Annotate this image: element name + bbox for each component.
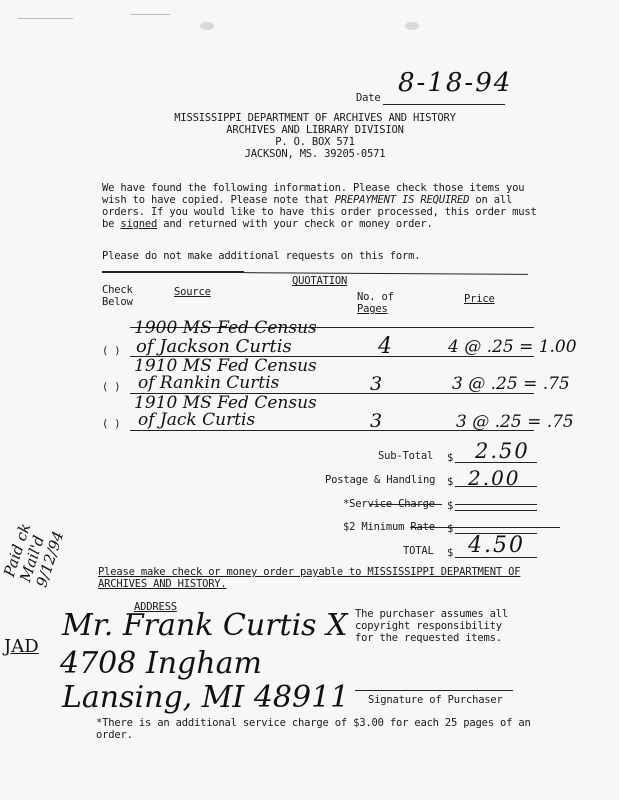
- address-line2: 4708 Ingham: [60, 646, 262, 681]
- service-charge-currency: $: [447, 500, 453, 512]
- no-additional-requests-notice: Please do not make additional requests o…: [102, 250, 420, 262]
- letterhead-department: MISSISSIPPI DEPARTMENT OF ARCHIVES AND H…: [150, 112, 480, 124]
- scan-artifact-line: [130, 14, 170, 15]
- row-2-source-line2: of Rankin Curtis: [138, 373, 279, 393]
- total-currency: $: [447, 547, 453, 559]
- table-top-rule-right: [244, 272, 528, 275]
- scan-artifact-line: [18, 18, 73, 19]
- row-3-checkbox[interactable]: ( ): [102, 418, 120, 430]
- margin-payment-note: Paid ck Mail'd 9/12/94: [1, 422, 99, 590]
- clerk-initials: JAD: [4, 636, 39, 657]
- payable-notice: Please make check or money order payable…: [98, 566, 520, 590]
- prepayment-emphasis: PREPAYMENT IS REQUIRED: [335, 194, 470, 206]
- signed-emphasis: signed: [120, 218, 157, 230]
- row-2-price: 3 @ .25 = .75: [452, 374, 570, 394]
- row-separator: [130, 430, 534, 431]
- copyright-statement: The purchaser assumes all copyright resp…: [355, 608, 508, 644]
- address-line3: Lansing, MI 48911: [62, 680, 349, 715]
- scan-artifact: [405, 22, 419, 30]
- row-1-price: 4 @ .25 = 1.00: [448, 337, 577, 357]
- col-header-source: Source: [174, 286, 211, 298]
- letterhead-city: JACKSON, MS. 39205-0571: [150, 148, 480, 160]
- letterhead-division: ARCHIVES AND LIBRARY DIVISION: [150, 124, 480, 136]
- subtotal-value: 2.50: [475, 439, 530, 463]
- postage-label: Postage & Handling: [325, 474, 435, 486]
- letterhead: MISSISSIPPI DEPARTMENT OF ARCHIVES AND H…: [150, 112, 480, 160]
- row-3-pages: 3: [370, 410, 382, 432]
- row-3-price: 3 @ .25 = .75: [456, 412, 574, 432]
- minimum-rate-strike: [410, 527, 560, 528]
- col-header-price: Price: [464, 293, 495, 305]
- date-value: 8-18-94: [398, 68, 512, 98]
- quotation-title: QUOTATION: [292, 275, 347, 287]
- signature-line[interactable]: [355, 690, 513, 691]
- row-2-pages: 3: [370, 373, 382, 395]
- service-charge-strike-line: [455, 504, 537, 505]
- row-3-source-line2: of Jack Curtis: [138, 410, 255, 430]
- row-1-checkbox[interactable]: ( ): [102, 345, 120, 357]
- total-label: TOTAL: [403, 545, 434, 557]
- date-underline: [383, 104, 505, 105]
- row-1-source-line2: of Jackson Curtis: [136, 336, 292, 357]
- row-2-checkbox[interactable]: ( ): [102, 381, 120, 393]
- subtotal-label: Sub-Total: [378, 450, 433, 462]
- intro-paragraph: We have found the following information.…: [102, 182, 542, 230]
- col-header-check: Check Below: [102, 284, 133, 308]
- col-header-pages: No. of Pages: [357, 291, 394, 315]
- scan-artifact: [200, 22, 214, 30]
- postage-currency: $: [447, 476, 453, 488]
- row-1-source-line1: 1900 MS Fed Census: [134, 318, 317, 338]
- date-label: Date: [356, 92, 381, 104]
- total-value: 4.50: [468, 533, 525, 558]
- service-charge-underline: [455, 510, 537, 511]
- service-charge-footnote: *There is an additional service charge o…: [96, 717, 531, 741]
- subtotal-currency: $: [447, 452, 453, 464]
- service-charge-strike: [370, 504, 442, 505]
- signature-label: Signature of Purchaser: [368, 694, 503, 706]
- table-top-rule: [102, 271, 244, 273]
- minimum-rate-currency: $: [447, 523, 453, 535]
- address-line1: Mr. Frank Curtis X: [62, 608, 347, 643]
- postage-value: 2.00: [468, 466, 521, 490]
- letterhead-pobox: P. O. BOX 571: [150, 136, 480, 148]
